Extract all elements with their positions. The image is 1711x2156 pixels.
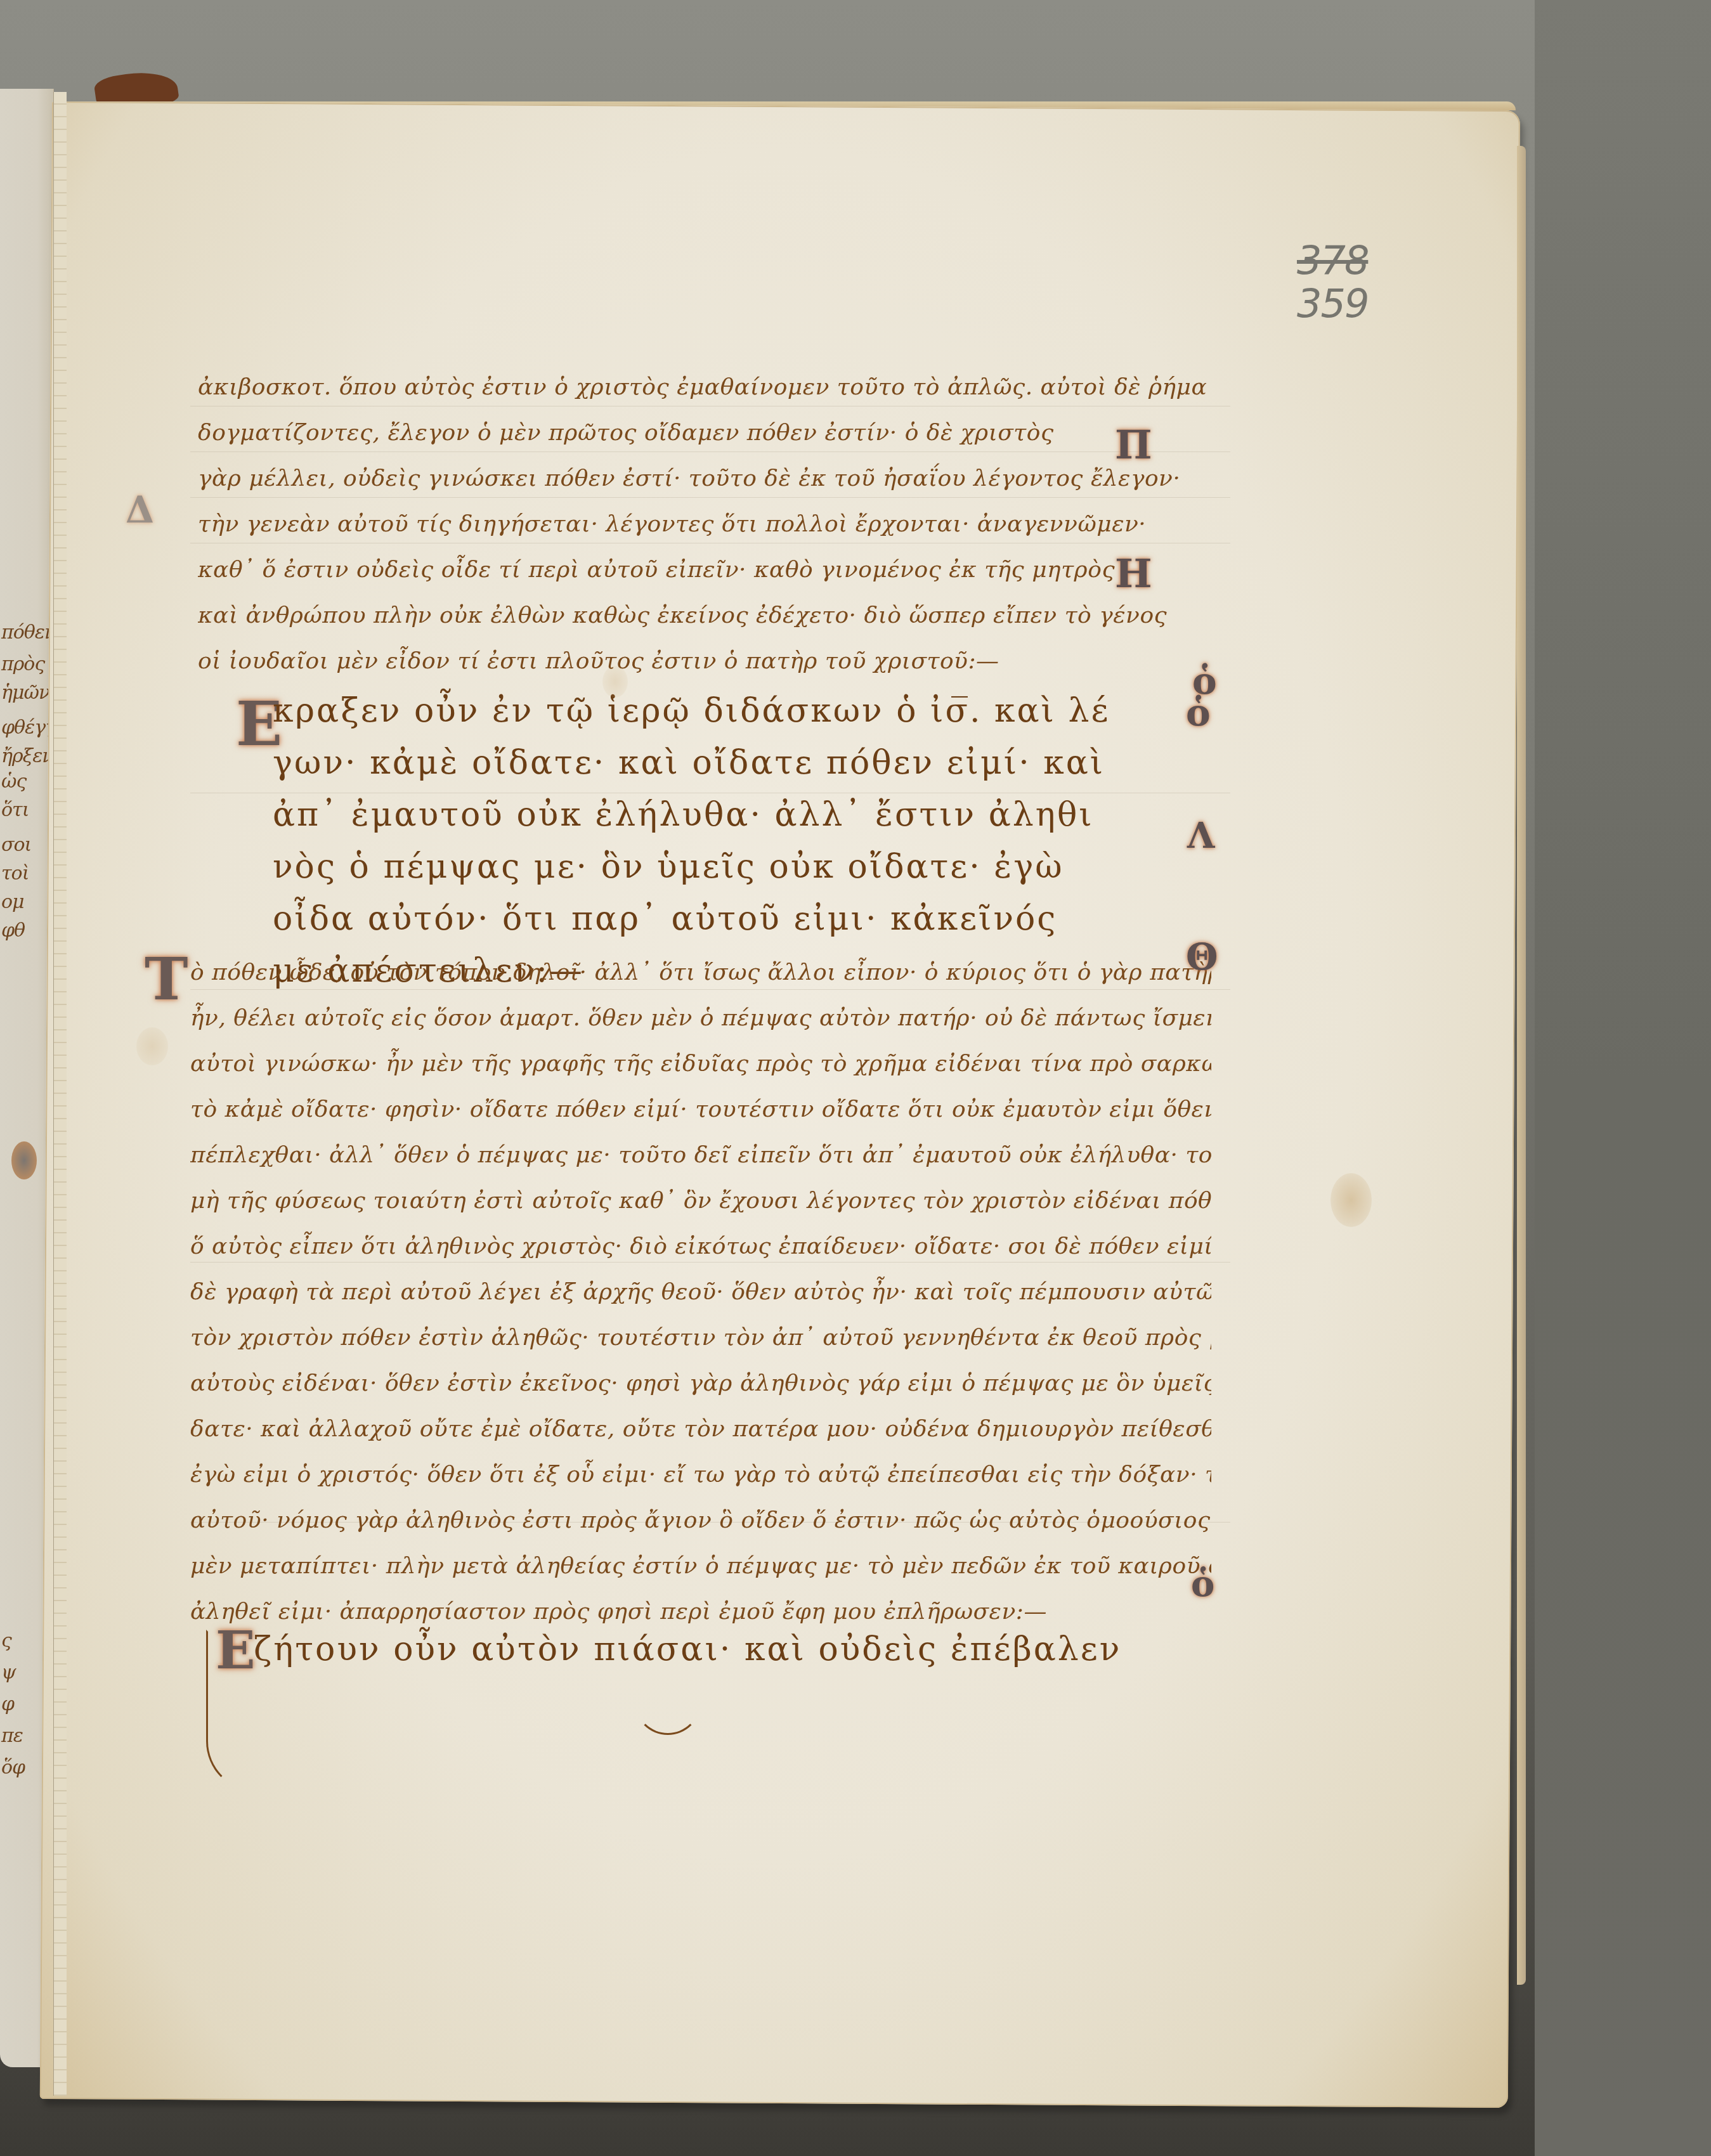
commentary-line: ὸ πόθεν ὧδε, οὐ τὸν τόπον δηλοῖ· ἀλλ᾽ ὅτ… (190, 950, 1211, 996)
left-page-text: σοι (1, 834, 31, 856)
ink-flourish (634, 1661, 701, 1735)
folio-new-number: 359 (1297, 284, 1368, 323)
commentary-line: δὲ γραφὴ τὰ περὶ αὐτοῦ λέγει ἐξ ἀρχῆς θε… (190, 1270, 1211, 1315)
commentary-line: αὐτοὺς εἰδέναι· ὅθεν ἐστὶν ἐκεῖνος· φησὶ… (190, 1361, 1211, 1406)
commentary-line: ἐγὼ εἰμι ὁ χριστός· ὅθεν ὅτι ἐξ οὗ εἰμι·… (190, 1452, 1211, 1498)
ink-stain (136, 1027, 168, 1065)
left-page-text: ἤρξεν (1, 745, 53, 767)
margin-mark: ὁ (1191, 1563, 1214, 1605)
gospel-line: κραξεν οὖν ἐν τῷ ἱερῷ διδάσκων ὁ ἰσ̅. κα… (273, 685, 1173, 737)
margin-mark: Λ (1187, 815, 1214, 857)
gospel-line: ἀπ᾽ ἐμαυτοῦ οὐκ ἐλήλυθα· ἀλλ᾽ ἔστιν ἀληθ… (273, 789, 1173, 841)
gospel-line: ζήτουν οὖν αὐτὸν πιάσαι· καὶ οὐδεὶς ἐπέβ… (254, 1623, 1154, 1675)
left-page-text: ὅτι (1, 799, 29, 821)
left-page-text: φ (1, 1693, 14, 1715)
left-page-text: ψ (1, 1661, 16, 1684)
commentary-line: τὸν χριστὸν πόθεν ἐστὶν ἀληθῶς· τουτέστι… (190, 1315, 1211, 1361)
commentary-line: τὴν γενεὰν αὐτοῦ τίς διηγήσεται· λέγοντε… (198, 502, 1206, 547)
commentary-line: γὰρ μέλλει, οὐδεὶς γινώσκει πόθεν ἐστί· … (198, 456, 1206, 502)
commentary-line: αὐτοῦ· νόμος γὰρ ἀληθινὸς ἐστι πρὸς ἄγιο… (190, 1498, 1211, 1543)
margin-mark: Θ (1186, 935, 1218, 978)
gutter (53, 92, 67, 2096)
margin-mark: Η (1115, 550, 1152, 597)
left-page-text: ὡς (1, 770, 26, 793)
commentary-initial-tau: Τ (145, 945, 188, 1013)
margin-mark: Π (1115, 422, 1152, 468)
left-page-text: πε (1, 1725, 23, 1747)
left-page-text: ομ (1, 891, 24, 913)
ink-flourish (206, 1630, 261, 1792)
background-right (1535, 0, 1711, 2156)
water-stain (1330, 1173, 1372, 1227)
commentary-line: μὴ τῆς φύσεως τοιαύτη ἐστὶ αὐτοῖς καθ᾽ ὃ… (190, 1178, 1211, 1224)
commentary-line: αὐτοὶ γινώσκω· ἦν μὲν τῆς γραφῆς τῆς εἰδ… (190, 1041, 1211, 1087)
commentary-line: δογματίζοντες, ἔλεγον ὁ μὲν πρῶτος οἴδαμ… (198, 410, 1206, 456)
folio-old-number: 378 (1297, 241, 1368, 280)
gospel-line: οἶδα αὐτόν· ὅτι παρ᾽ αὐτοῦ εἰμι· κἀκεῖνό… (273, 893, 1173, 945)
left-page-text: πόθεν (1, 621, 55, 644)
left-page-text: ὅφ (1, 1757, 25, 1779)
commentary-line: καὶ ἀνθρώπου πλὴν οὐκ ἐλθὼν καθὼς ἐκείνο… (198, 593, 1206, 639)
commentary-line: οἱ ἰουδαῖοι μὲν εἶδον τί ἐστι πλοῦτος ἐσ… (198, 639, 1206, 684)
margin-mark: Δ (126, 488, 154, 531)
left-page-text: φθ (1, 919, 25, 942)
commentary-line: τὸ κἀμὲ οἴδατε· φησὶν· οἴδατε πόθεν εἰμί… (190, 1087, 1211, 1133)
margin-mark: ὁ (1186, 691, 1211, 734)
commentary-middle: ὸ πόθεν ὧδε, οὐ τὸν τόπον δηλοῖ· ἀλλ᾽ ὅτ… (190, 950, 1211, 1635)
gospel-line: γων· κἀμὲ οἴδατε· καὶ οἴδατε πόθεν εἰμί·… (273, 737, 1173, 789)
commentary-line: μὲν μεταπίπτει· πλὴν μετὰ ἀληθείας ἐστίν… (190, 1543, 1211, 1589)
folio-number: 378 359 (1297, 241, 1368, 323)
commentary-line: δατε· καὶ ἀλλαχοῦ οὔτε ἐμὲ οἴδατε, οὔτε … (190, 1406, 1211, 1452)
page-edge-right (1517, 146, 1526, 1985)
left-page-text: τοὶ (1, 862, 29, 885)
left-page-text: ς (1, 1630, 11, 1652)
left-page-text: ἡμῶν (1, 682, 49, 704)
gospel-line: νὸς ὁ πέμψας με· ὃν ὑμεῖς οὐκ οἴδατε· ἐγ… (273, 841, 1173, 893)
commentary-line: ἀκιβοσκοτ. ὅπου αὐτὸς ἐστιν ὁ χριστὸς ἐμ… (198, 365, 1206, 410)
commentary-line: καθ᾽ ὅ ἐστιν οὐδεὶς οἶδε τί περὶ αὐτοῦ ε… (198, 547, 1206, 593)
commentary-line: ἦν, θέλει αὐτοῖς εἰς ὅσον ἀμαρτ. ὅθεν μὲ… (190, 996, 1211, 1041)
commentary-line: ὅ αὐτὸς εἶπεν ὅτι ἀληθινὸς χριστὸς· διὸ … (190, 1224, 1211, 1270)
rubric-stain (11, 1141, 37, 1179)
commentary-line: πέπλεχθαι· ἀλλ᾽ ὅθεν ὁ πέμψας με· τοῦτο … (190, 1133, 1211, 1178)
gospel-passage-2: ζήτουν οὖν αὐτὸν πιάσαι· καὶ οὐδεὶς ἐπέβ… (254, 1623, 1154, 1675)
commentary-top: ἀκιβοσκοτ. ὅπου αὐτὸς ἐστιν ὁ χριστὸς ἐμ… (198, 365, 1206, 684)
ink-stain (602, 666, 628, 698)
